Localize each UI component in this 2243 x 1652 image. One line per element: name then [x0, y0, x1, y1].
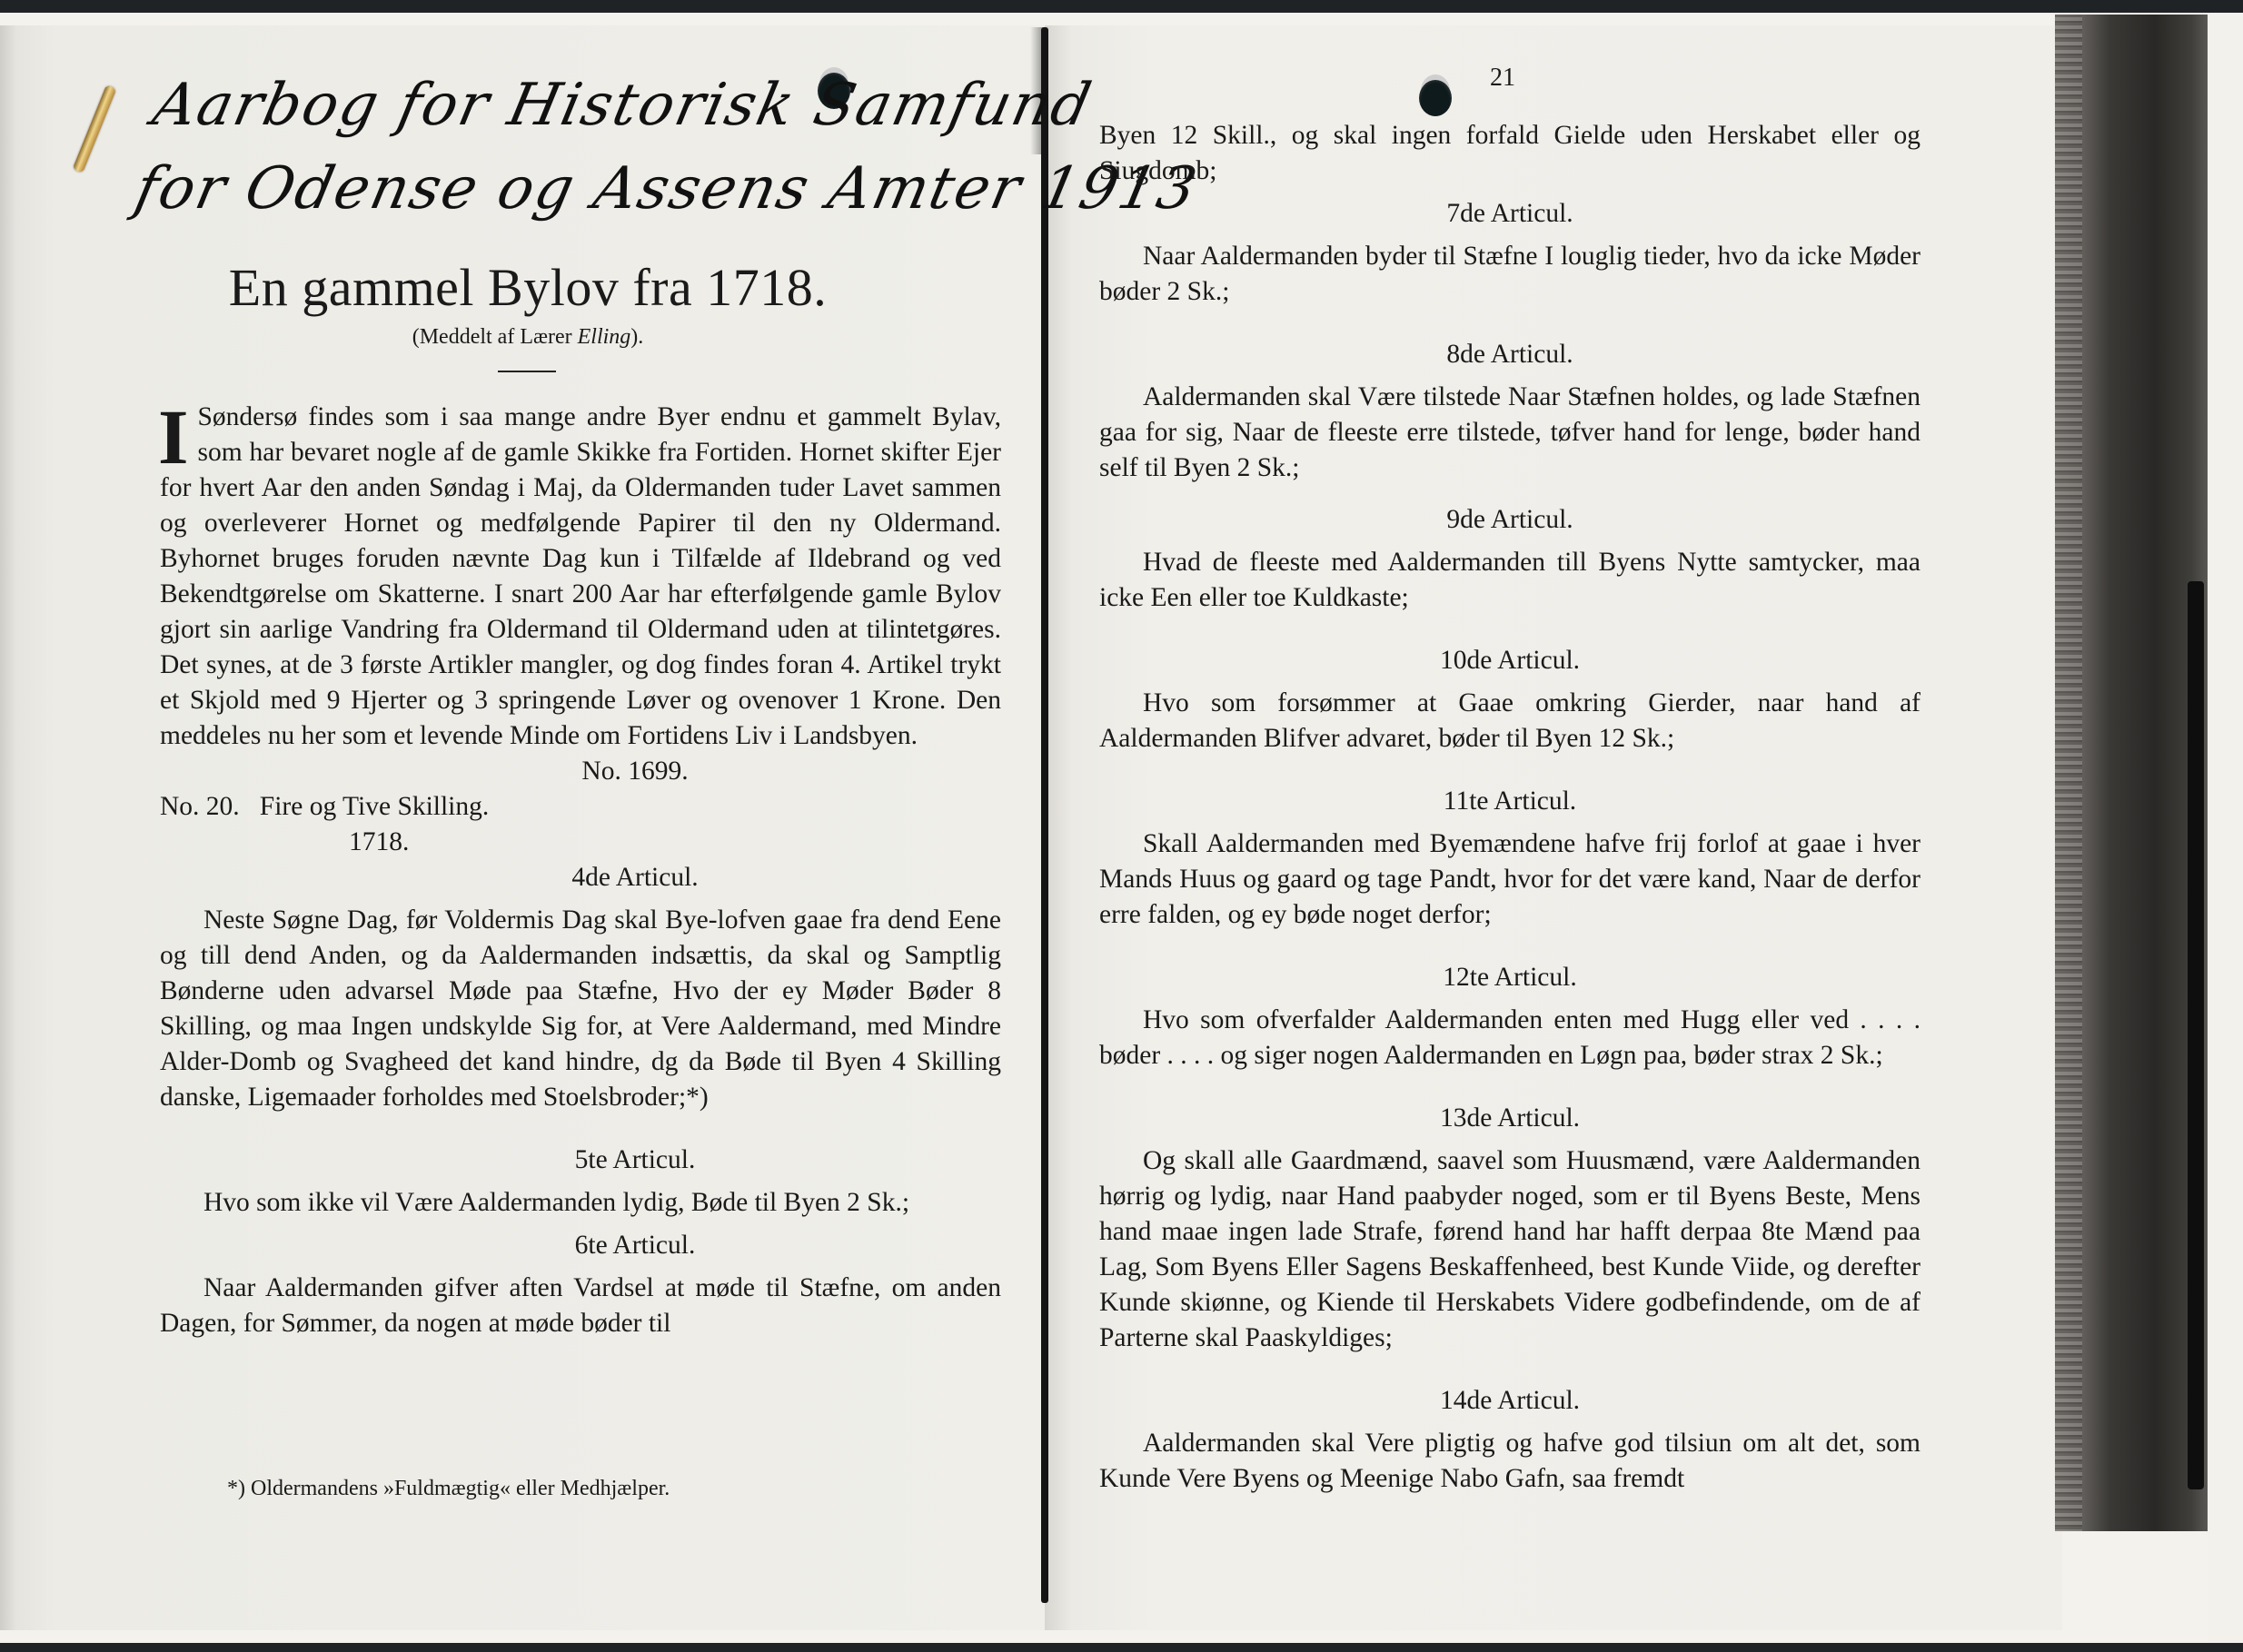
right-column: Byen 12 Skill., og skal ingen forfald Gi…	[1099, 118, 1920, 1497]
stamp-line: No. 20. Fire og Tive Skilling.	[160, 789, 1001, 825]
binding-bar	[2188, 581, 2204, 1489]
drop-cap: I	[158, 405, 188, 469]
handwritten-line-1: Aarbog for Historisk Samfund	[145, 64, 1063, 147]
title-divider	[498, 371, 556, 372]
article-text: Naar Aaldermanden byder til Stæfne I lou…	[1099, 239, 1920, 310]
article-text: Aaldermanden skal Være tilstede Naar Stæ…	[1099, 380, 1920, 486]
article-text: Skall Aaldermanden med Byemændene hafve …	[1099, 826, 1920, 933]
article-heading: 6te Articul.	[160, 1228, 1001, 1263]
article-heading: 7de Articul.	[1099, 196, 1920, 232]
binding-texture	[2055, 15, 2082, 1531]
byline: (Meddelt af Lærer Elling).	[160, 323, 896, 351]
article-text: Hvad de fleeste med Aaldermanden till By…	[1099, 545, 1920, 616]
article-text: Hvo som ofverfalder Aaldermanden enten m…	[1099, 1003, 1920, 1073]
page-title: En gammel Bylov fra 1718.	[160, 256, 896, 320]
continuation-text: Byen 12 Skill., og skal ingen forfald Gi…	[1099, 118, 1920, 189]
article-heading: 9de Articul.	[1099, 502, 1920, 538]
year-line: 1718.	[160, 825, 1001, 860]
article-heading: 5te Articul.	[160, 1143, 1001, 1178]
page-number: 21	[1490, 64, 1515, 93]
article-text: Naar Aaldermanden gifver aften Vardsel a…	[160, 1271, 1001, 1341]
page-gutter-divider	[1041, 27, 1048, 1603]
article-heading: 12te Articul.	[1099, 960, 1920, 995]
left-column: ISøndersø findes som i saa mange andre B…	[160, 400, 1001, 1341]
byline-author: Elling	[578, 325, 631, 349]
article-text: Hvo som forsømmer at Gaae omkring Gierde…	[1099, 686, 1920, 757]
article-heading: 8de Articul.	[1099, 337, 1920, 372]
article-heading: 10de Articul.	[1099, 643, 1920, 678]
handwritten-note: Aarbog for Historisk Samfund for Odense …	[127, 64, 1062, 231]
article-heading: 14de Articul.	[1099, 1383, 1920, 1419]
article-text: Hvo som ikke vil Være Aaldermanden lydig…	[160, 1185, 1001, 1221]
article-text: Aaldermanden skal Vere pligtig og hafve …	[1099, 1426, 1920, 1497]
handwritten-line-2: for Odense og Assens Amter 1913	[127, 147, 1045, 231]
article-text: Neste Søgne Dag, før Voldermis Dag skal …	[160, 903, 1001, 1115]
punch-hole-icon	[1419, 80, 1452, 116]
scan-margin	[2208, 15, 2243, 1643]
footnote: *) Oldermandens »Fuldmægtig« eller Medhj…	[227, 1475, 1008, 1502]
intro-paragraph: ISøndersø findes som i saa mange andre B…	[160, 400, 1001, 754]
article-text: Og skall alle Gaardmænd, saavel som Huus…	[1099, 1143, 1920, 1356]
article-heading: 11te Articul.	[1099, 784, 1920, 819]
document-number: No. 1699.	[160, 754, 1001, 789]
article-heading: 4de Articul.	[160, 860, 1001, 895]
article-heading: 13de Articul.	[1099, 1101, 1920, 1136]
